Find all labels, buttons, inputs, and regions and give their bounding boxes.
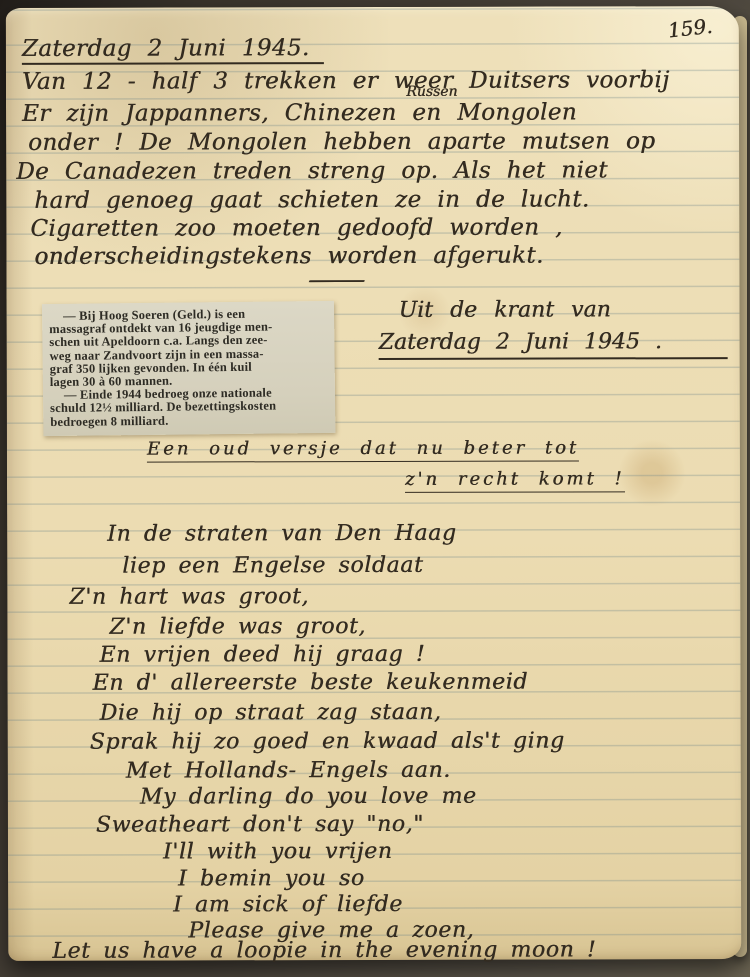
krant-note-line-1: Uit de krant van <box>399 297 611 323</box>
poem-line: I am sick of liefde <box>173 892 403 918</box>
poem-line: Sprak hij zo goed en kwaad als't ging <box>90 729 565 755</box>
krant-note-line-2: Zaterdag 2 Juni 1945 . <box>379 329 728 360</box>
clipping-line: bedroegen 8 milliard. <box>50 413 328 429</box>
diary-date-heading-text: Zaterdag 2 Juni 1945. <box>22 35 324 65</box>
diary-line-2: Er zijn Jappanners, Chinezen Russenen Mo… <box>22 99 577 126</box>
newspaper-clipping: — Bij Hoog Soeren (Geld.) is een massagr… <box>42 301 335 436</box>
poem-line: En d' allereerste beste keukenmeid <box>92 670 528 696</box>
diary-line-2-after: en Mongolen <box>412 99 577 125</box>
diary-line-6: Cigaretten zoo moeten gedoofd worden , <box>30 215 562 242</box>
poem-line: liep een Engelse soldaat <box>122 553 423 579</box>
page-number: 159. <box>667 14 714 43</box>
diary-date-heading: Zaterdag 2 Juni 1945. <box>22 35 324 62</box>
poem: In de straten van Den Haag liep een Enge… <box>6 6 739 8</box>
poem-line: Die hij op straat zag staan, <box>100 700 442 726</box>
poem-line: I bemin you so <box>178 866 365 891</box>
poem-line: Z'n hart was groot, <box>69 584 309 610</box>
poem-line: In de straten van Den Haag <box>107 521 456 547</box>
poem-line: Let us have a loopie in the evening moon… <box>52 937 596 963</box>
poem-line: En vrijen deed hij graag ! <box>99 642 425 668</box>
diary-line-2-rest: Russenen Mongolen <box>412 99 577 125</box>
poem-line: Sweatheart don't say "no," <box>96 812 424 838</box>
diary-line-2-before: Er zijn Jappanners, Chinezen <box>22 100 412 127</box>
diary-line-5: hard genoeg gaat schieten ze in de lucht… <box>34 186 589 213</box>
poem-line: Met Hollands- Engels aan. <box>126 758 451 784</box>
photo-background: 159. Zaterdag 2 Juni 1945. Van 12 - half… <box>0 0 750 977</box>
versje-heading-line-2: z'n recht komt ! <box>405 468 625 493</box>
diary-line-1: Van 12 - half 3 trekken er weer Duitsers… <box>22 67 670 95</box>
diary-page: 159. Zaterdag 2 Juni 1945. Van 12 - half… <box>6 6 741 961</box>
poem-line: Z'n liefde was groot, <box>109 614 366 640</box>
diary-line-4: De Canadezen treden streng op. Als het n… <box>16 157 608 185</box>
poem-line: My darling do you love me <box>140 784 477 810</box>
diary-line-3: onder ! De Mongolen hebben aparte mutsen… <box>28 128 655 156</box>
section-divider: — <box>306 265 366 295</box>
versje-heading-line-1: Een oud versje dat nu beter tot <box>147 437 579 462</box>
diary-line-7: onderscheidingstekens worden afgerukt. <box>34 243 543 270</box>
poem-line: I'll with you vrijen <box>163 839 393 865</box>
inserted-word: Russen <box>406 84 457 100</box>
